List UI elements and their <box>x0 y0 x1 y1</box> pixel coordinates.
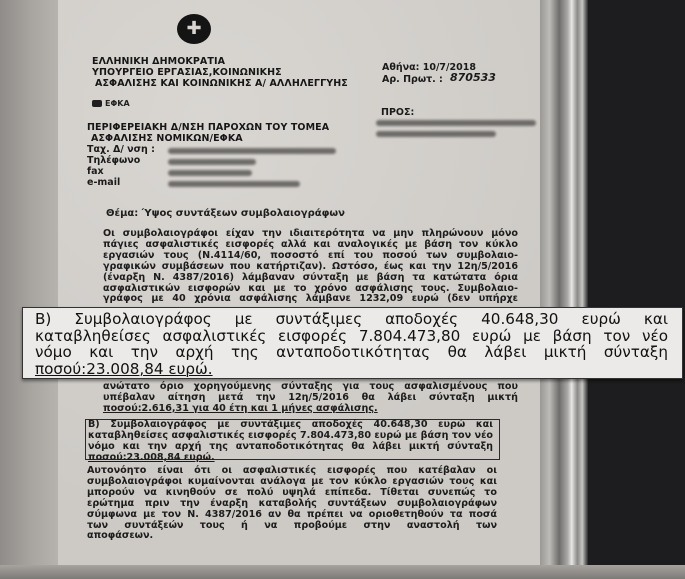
callout-line: Β) Συμβολαιογράφος με συντάξιμες αποδοχέ… <box>35 311 668 328</box>
department-line-1: ΠΕΡΙΦΕΡΕΙΑΚΗ Δ/ΝΣΗ ΠΑΡΟΧΩΝ ΤΟΥ ΤΟΜΕΑ <box>87 122 329 133</box>
protocol-label: Αρ. Πρωτ. : <box>382 74 443 85</box>
protocol-number: 870533 <box>450 72 496 83</box>
background-right <box>575 0 685 579</box>
paragraph-1-line: γράφος με 40 χρόνια ασφάλισης λάμβανε 12… <box>103 294 518 305</box>
header-line-3: ΑΣΦΑΛΙΣΗΣ ΚΑΙ ΚΟΙΝΩΝΙΚΗΣ Α/ ΑΛΛΗΛΕΓΓΥΗΣ <box>95 78 348 89</box>
phone-label: Τηλέφωνο <box>87 155 140 166</box>
subject-line: Θέμα: Ύψος συντάξεων συμβολαιογράφων <box>106 208 345 219</box>
recipient-label: ΠΡΟΣ: <box>381 107 414 118</box>
efka-logo-label: ΕΦΚΑ <box>105 99 130 108</box>
redacted-fax <box>168 170 252 176</box>
efka-logo-icon <box>92 100 102 107</box>
department-line-2: ΑΣΦΑΛΙΣΗΣ ΝΟΜΙΚΩΝ/ΕΦΚΑ <box>91 133 243 144</box>
paragraph-1-line: (έναρξη Ν. 4387/2016) λάμβαναν σύνταξη μ… <box>103 273 518 284</box>
redacted-address <box>168 148 336 154</box>
paragraph-1: Οι συμβολαιογράφοι είχαν την ιδιαιτερότη… <box>103 229 518 305</box>
paragraph-2-line: ποσού:2.616,31 για 40 έτη και 1 μήνες ασ… <box>103 404 518 415</box>
callout-line: ποσού:23.008,84 ευρώ. <box>35 361 668 378</box>
efka-logo: ΕΦΚΑ <box>92 99 130 108</box>
paragraph-3-line: αποφάσεων. <box>87 531 497 542</box>
callout-text: Β) Συμβολαιογράφος με συντάξιμες αποδοχέ… <box>35 311 668 377</box>
email-label: e-mail <box>87 177 120 188</box>
background-left <box>0 0 60 579</box>
paragraph-3: Αυτονόητο είναι ότι οι ασφαλιστικές εισφ… <box>87 466 497 542</box>
boxed-item-line: ποσού:23.008,84 ευρώ. <box>88 453 493 464</box>
paragraph-3-line: σύμφωνα με τον Ν. 4387/2016 αν θα πρέπει… <box>87 510 497 521</box>
redacted-recipient-line-2 <box>376 131 496 137</box>
redacted-phone <box>168 159 256 165</box>
redacted-recipient-line-1 <box>376 120 536 126</box>
fax-label: fax <box>87 166 104 177</box>
redacted-email <box>168 181 300 187</box>
paragraph-3-line: ερώτημα πριν την έναρξη καταβολής συντάξ… <box>87 499 497 510</box>
paragraph-1-line: γραφικών συμβάσεων που κατήρτιζαν). Ωστό… <box>103 262 518 273</box>
boxed-item: Β) Συμβολαιογράφος με συντάξιμες αποδοχέ… <box>88 420 493 464</box>
callout-line: νόμο και την αρχή της ανταποδοτικότητας … <box>35 344 668 361</box>
stacked-paper-edges <box>540 0 588 579</box>
header-line-1: ΕΛΛΗΝΙΚΗ ΔΗΜΟΚΡΑΤΙΑ <box>92 56 225 67</box>
paragraph-2: ανώτατο όριο χορηγούμενης σύνταξης για τ… <box>103 382 518 415</box>
greek-coat-of-arms-icon: ✚ <box>177 14 211 44</box>
address-label: Ταχ. Δ/ νση : <box>87 144 155 155</box>
callout-line: καταβληθείσες ασφαλιστικές εισφορές 7.80… <box>35 328 668 345</box>
header-line-2: ΥΠΟΥΡΓΕΙΟ ΕΡΓΑΣΙΑΣ,ΚΟΙΝΩΝΙΚΗΣ <box>92 67 282 78</box>
page-bottom-edge <box>0 565 685 579</box>
enlarged-callout: Β) Συμβολαιογράφος με συντάξιμες αποδοχέ… <box>22 307 683 379</box>
